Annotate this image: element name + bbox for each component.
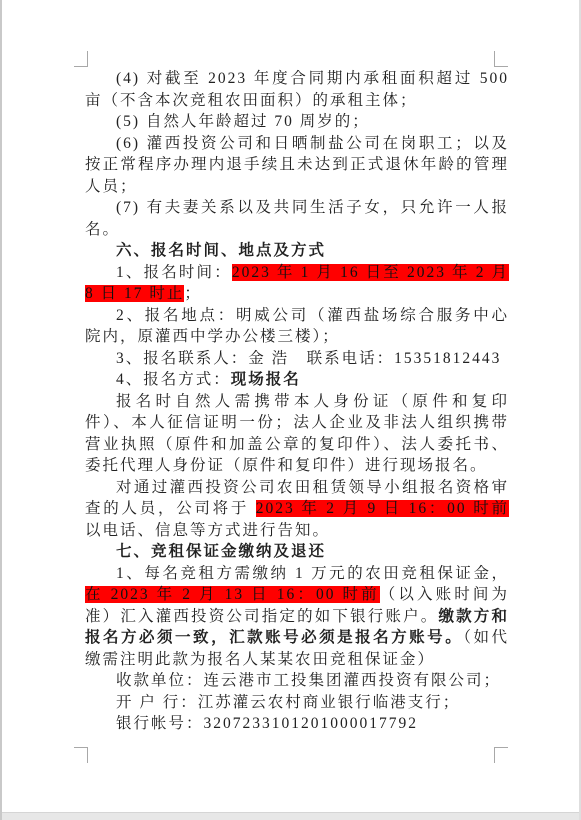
registration-contact-item: 3、报名联系人：金 浩 联系电话：15351812443 xyxy=(85,348,509,370)
crop-mark-top-right xyxy=(494,51,508,67)
text-run: 开 户 行：江苏灌云农村商业银行临港支行； xyxy=(116,694,460,711)
deposit-payment-terms: 1、每名竞租方需缴纳 1 万元的农田竞租保证金，在 2023 年 2 月 13 … xyxy=(85,563,509,671)
section-heading-6: 六、报名时间、地点及方式 xyxy=(85,240,509,262)
registration-location-item: 2、报名地点：明威公司（灌西盐场综合服务中心院内，原灌西中学办公楼三楼）； xyxy=(85,305,509,348)
qualification-review-notice: 对通过灌西投资公司农田租赁领导小组报名资格审查的人员，公司将于 2023 年 2… xyxy=(85,477,509,542)
text-run: 1、报名时间： xyxy=(116,264,232,281)
clause-item-4: (4) 对截至 2023 年度合同期内承租面积超过 500 亩（不含本次竞租农田… xyxy=(85,68,509,111)
text-run: (7) 有夫妻关系以及共同生活子女，只允许一人报名。 xyxy=(85,199,509,238)
text-run: 以电话、信息等方式进行告知。 xyxy=(85,522,330,539)
bold-run-onsite-registration: 现场报名 xyxy=(231,371,301,388)
text-run: 4、报名方式： xyxy=(116,371,231,388)
highlight-run-notice-deadline: 2023 年 2 月 9 日 16：00 时前 xyxy=(256,500,509,517)
text-run: 银行帐号：3207233101201000017792 xyxy=(116,715,418,732)
text-run: 收款单位：连云港市工投集团灌西投资有限公司； xyxy=(116,672,501,689)
section-heading-7: 七、竞租保证金缴纳及退还 xyxy=(85,541,509,563)
bold-run: 七、竞租保证金缴纳及退还 xyxy=(116,543,326,560)
document-page: (4) 对截至 2023 年度合同期内承租面积超过 500 亩（不含本次竞租农田… xyxy=(0,0,581,820)
onsite-registration-requirements: 报名时自然人需携带本人身份证（原件和复印件）、本人征信证明一份；法人企业及非法人… xyxy=(85,391,509,477)
text-run: 2、报名地点：明威公司（灌西盐场综合服务中心院内，原灌西中学办公楼三楼）； xyxy=(85,307,509,346)
crop-mark-top-left xyxy=(74,51,88,67)
text-run: 报名时自然人需携带本人身份证（原件和复印件）、本人征信证明一份；法人企业及非法人… xyxy=(85,393,509,475)
crop-mark-bottom-right xyxy=(494,747,508,763)
clause-item-7: (7) 有夫妻关系以及共同生活子女，只允许一人报名。 xyxy=(85,197,509,240)
crop-mark-bottom-left xyxy=(74,747,88,763)
clause-item-5: (5) 自然人年龄超过 70 周岁的； xyxy=(85,111,509,133)
text-run: 1、每名竞租方需缴纳 1 万元的农田竞租保证金， xyxy=(116,565,509,582)
registration-method-item: 4、报名方式：现场报名 xyxy=(85,369,509,391)
text-run: 3、报名联系人：金 浩 联系电话：15351812443 xyxy=(116,350,501,367)
bank-branch-line: 开 户 行：江苏灌云农村商业银行临港支行； xyxy=(85,692,509,714)
text-run: (6) 灌西投资公司和日晒制盐公司在岗职工；以及按正常程序办理内退手续且未达到正… xyxy=(85,135,509,195)
text-run: (4) 对截至 2023 年度合同期内承租面积超过 500 亩（不含本次竞租农田… xyxy=(85,70,509,109)
clause-item-6: (6) 灌西投资公司和日晒制盐公司在岗职工；以及按正常程序办理内退手续且未达到正… xyxy=(85,133,509,198)
registration-time-item: 1、报名时间：2023 年 1 月 16 日至 2023 年 2 月 8 日 1… xyxy=(85,262,509,305)
bank-account-line: 银行帐号：3207233101201000017792 xyxy=(85,713,509,735)
highlight-run-deposit-deadline: 在 2023 年 2 月 13 日 16：00 时前 xyxy=(85,586,380,603)
text-run: (5) 自然人年龄超过 70 周岁的； xyxy=(116,113,370,130)
document-body: (4) 对截至 2023 年度合同期内承租面积超过 500 亩（不含本次竞租农田… xyxy=(85,68,509,735)
payee-name-line: 收款单位：连云港市工投集团灌西投资有限公司； xyxy=(85,670,509,692)
bold-run: 六、报名时间、地点及方式 xyxy=(116,242,326,259)
page-left-edge xyxy=(0,0,2,820)
text-run: ； xyxy=(184,285,202,302)
page-bottom-gutter xyxy=(0,812,581,820)
